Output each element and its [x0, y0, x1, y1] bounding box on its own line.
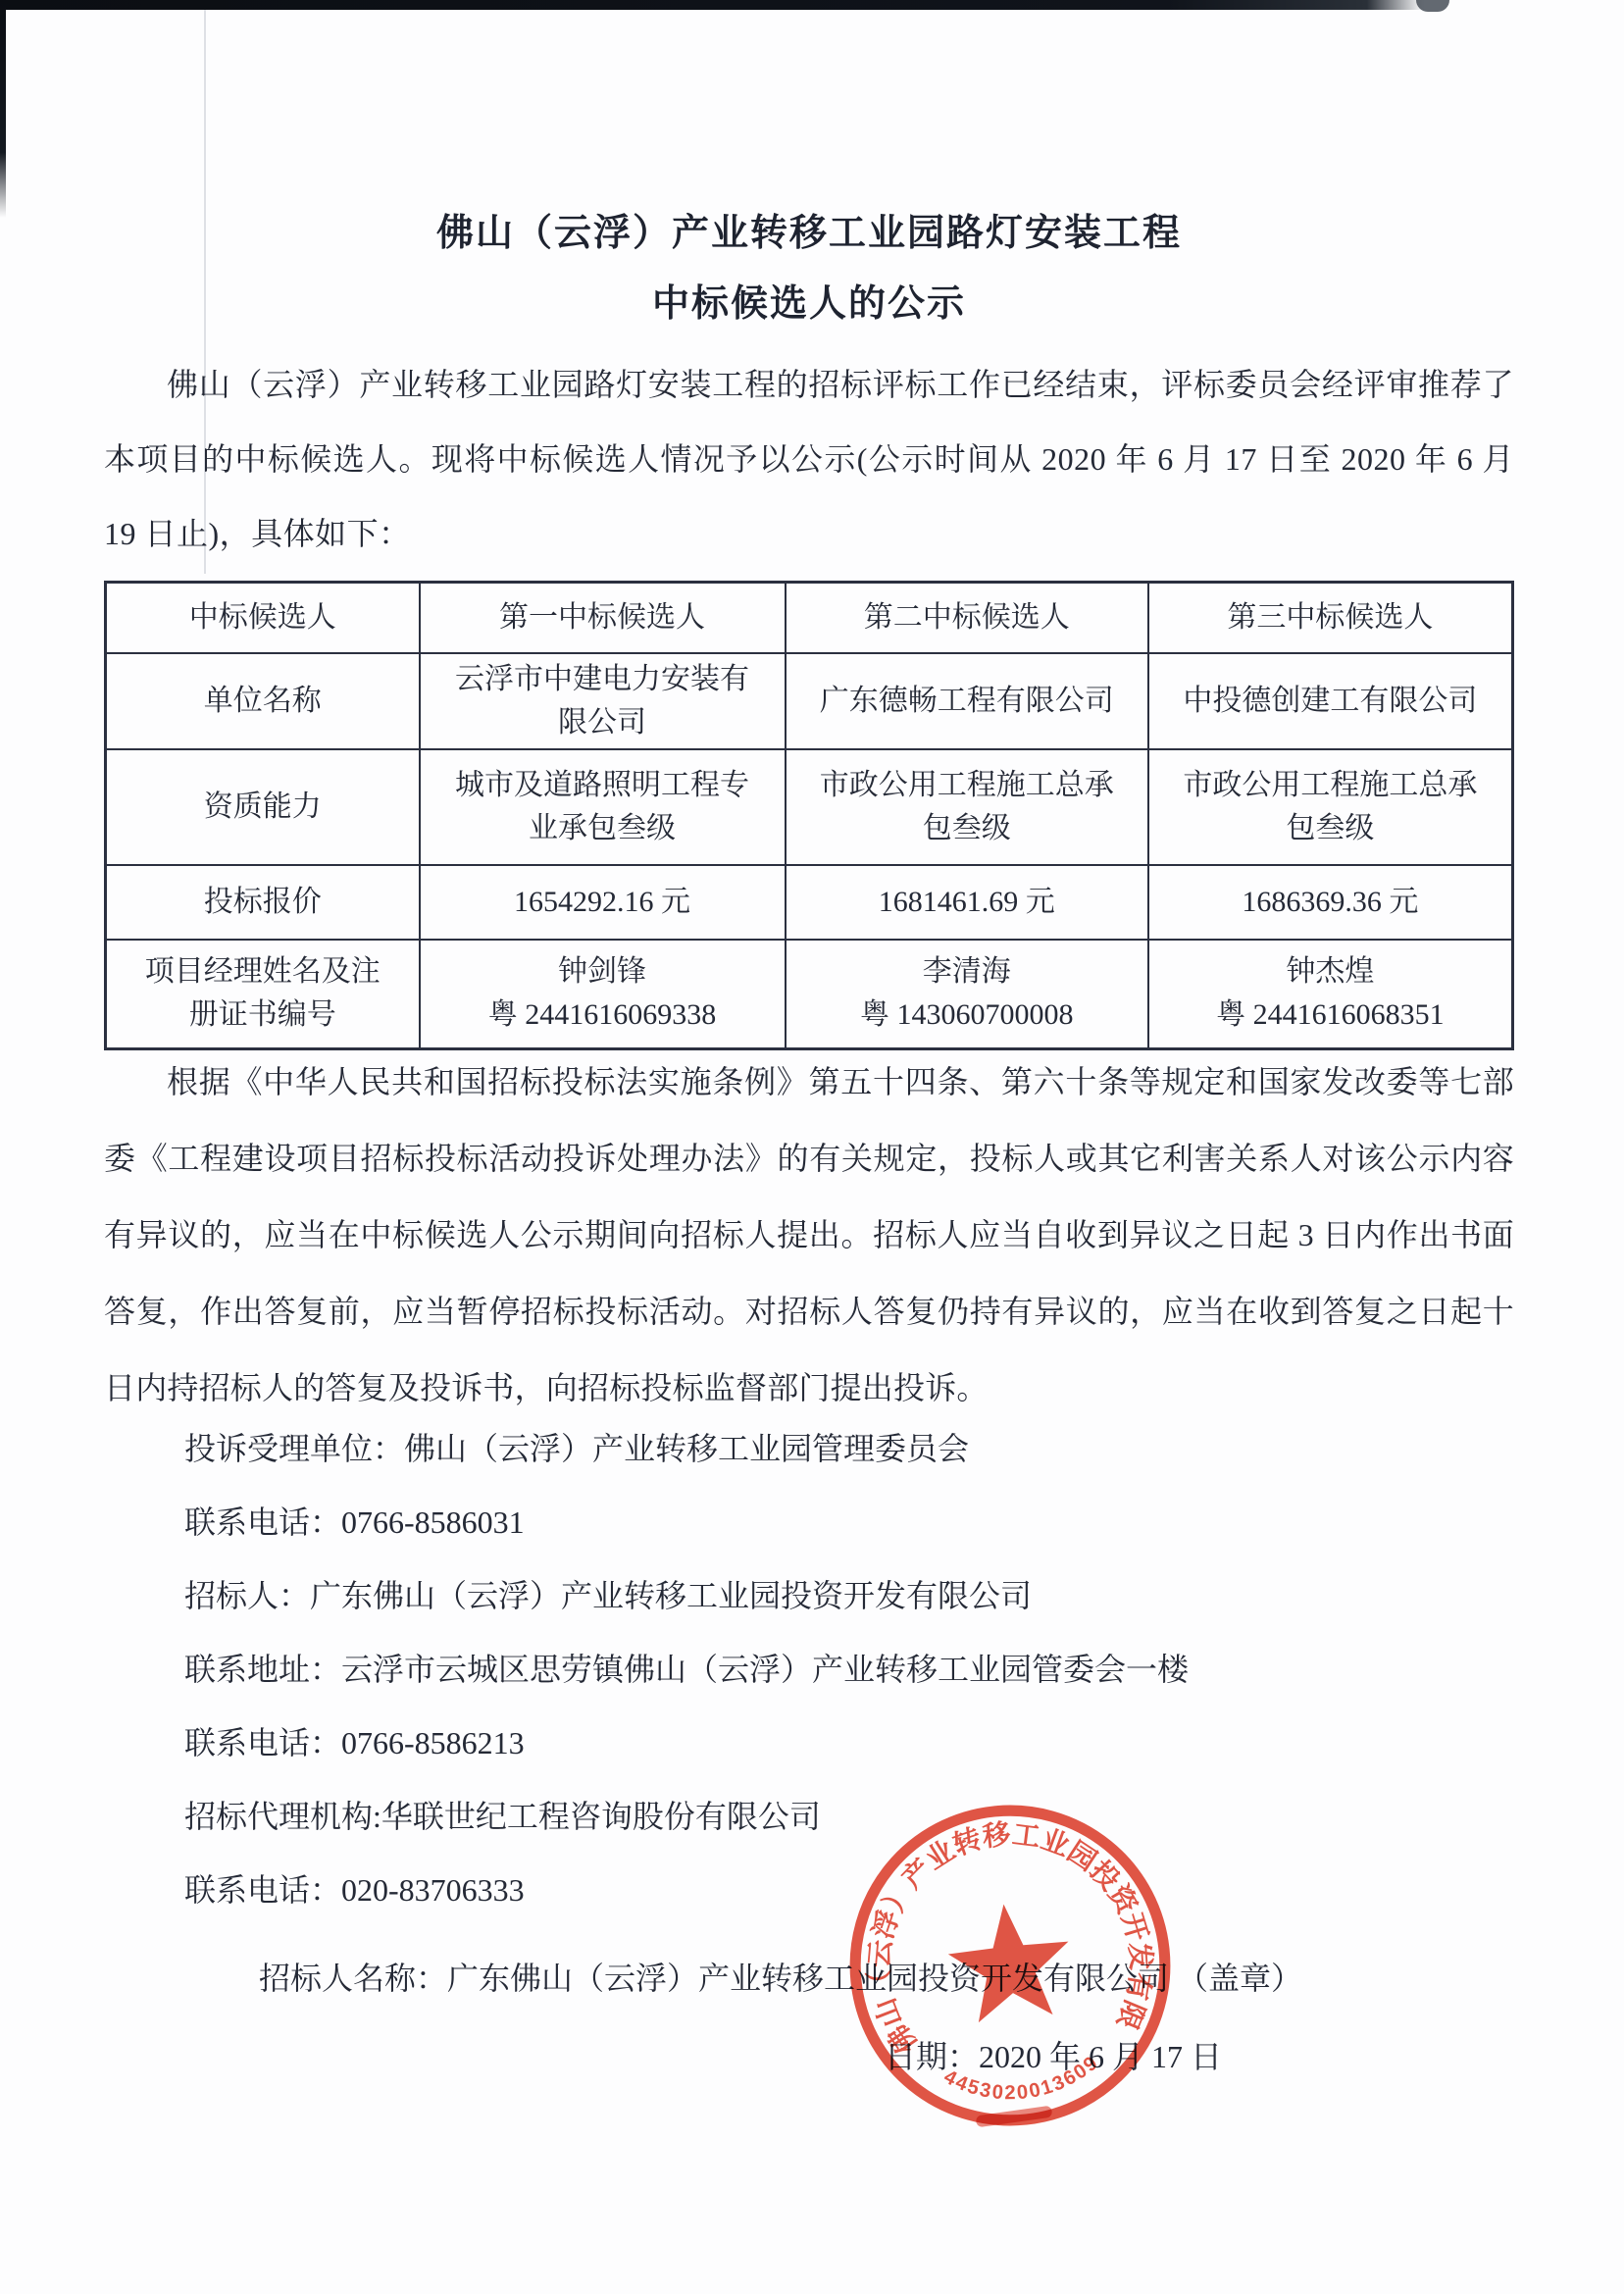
document-title: 佛山（云浮）产业转移工业园路灯安装工程 中标候选人的公示 [104, 210, 1514, 328]
row-label: 投标报价 [106, 865, 420, 940]
header-cell: 第一中标候选人 [420, 583, 786, 653]
manager-name: 钟杰煌 [1175, 950, 1486, 994]
table-header-row: 中标候选人 第一中标候选人 第二中标候选人 第三中标候选人 [106, 583, 1513, 653]
intro-paragraph: 佛山（云浮）产业转移工业园路灯安装工程的招标评标工作已经结束，评标委员会经评审推… [104, 347, 1514, 571]
contact-phone-2: 联系电话：0766-8586213 [184, 1707, 1189, 1780]
document-content: 佛山（云浮）产业转移工业园路灯安装工程 中标候选人的公示 佛山（云浮）产业转移工… [104, 0, 1514, 2294]
table-cell: 钟剑锋 粤 2441616069338 [420, 940, 786, 1049]
table-cell: 1681461.69 元 [786, 865, 1148, 940]
header-cell: 中标候选人 [106, 583, 420, 653]
tenderee-signature-line: 招标人名称：广东佛山（云浮）产业转移工业园投资开发有限公司 （盖章） [259, 1954, 1302, 1999]
table-cell: 1686369.36 元 [1148, 865, 1513, 940]
row-label: 资质能力 [106, 749, 420, 865]
row-label: 项目经理姓名及注册证书编号 [106, 940, 420, 1049]
manager-name: 李清海 [812, 950, 1122, 994]
table-cell: 钟杰煌 粤 2441616068351 [1148, 940, 1513, 1049]
contact-agency: 招标代理机构:华联世纪工程咨询股份有限公司 [184, 1780, 1189, 1854]
table-cell: 1654292.16 元 [420, 865, 786, 940]
table-cell: 李清海 粤 143060700008 [786, 940, 1148, 1049]
manager-cert: 粤 2441616069338 [446, 994, 759, 1037]
scan-edge-artifact-left [0, 0, 6, 218]
bid-candidates-table: 中标候选人 第一中标候选人 第二中标候选人 第三中标候选人 单位名称 云浮市中建… [104, 581, 1514, 1050]
contact-address: 联系地址：云浮市云城区思劳镇佛山（云浮）产业转移工业园管委会一楼 [184, 1633, 1189, 1707]
table-cell: 城市及道路照明工程专业承包叁级 [420, 749, 786, 865]
table-cell: 市政公用工程施工总承包叁级 [1148, 749, 1513, 865]
table-cell: 市政公用工程施工总承包叁级 [786, 749, 1148, 865]
table-row-bid-price: 投标报价 1654292.16 元 1681461.69 元 1686369.3… [106, 865, 1513, 940]
contact-phone-3: 联系电话：020-83706333 [184, 1854, 1189, 1927]
header-cell: 第二中标候选人 [786, 583, 1148, 653]
contact-tenderee: 招标人：广东佛山（云浮）产业转移工业园投资开发有限公司 [184, 1559, 1189, 1633]
manager-cert: 粤 2441616068351 [1175, 994, 1486, 1037]
title-line-1: 佛山（云浮）产业转移工业园路灯安装工程 [104, 210, 1514, 257]
manager-cert: 粤 143060700008 [812, 994, 1122, 1037]
table-cell: 中投德创建工有限公司 [1148, 653, 1513, 749]
contact-phone-1: 联系电话：0766-8586031 [184, 1486, 1189, 1559]
signature-date-line: 日期：2020 年 6 月 17 日 [885, 2032, 1222, 2077]
contact-complaint-unit: 投诉受理单位：佛山（云浮）产业转移工业园管理委员会 [184, 1412, 1189, 1486]
table-row-qualification: 资质能力 城市及道路照明工程专业承包叁级 市政公用工程施工总承包叁级 市政公用工… [106, 749, 1513, 865]
header-cell: 第三中标候选人 [1148, 583, 1513, 653]
title-line-2: 中标候选人的公示 [104, 280, 1514, 328]
manager-name: 钟剑锋 [446, 950, 759, 994]
scanned-notice-page: 佛山（云浮）产业转移工业园路灯安装工程 中标候选人的公示 佛山（云浮）产业转移工… [0, 0, 1624, 2294]
legal-paragraph: 根据《中华人民共和国招标投标法实施条例》第五十四条、第六十条等规定和国家发改委等… [104, 1044, 1514, 1426]
row-label: 单位名称 [106, 653, 420, 749]
contact-block: 投诉受理单位：佛山（云浮）产业转移工业园管理委员会 联系电话：0766-8586… [184, 1412, 1189, 1927]
table-cell: 云浮市中建电力安装有限公司 [420, 653, 786, 749]
table-cell: 广东德畅工程有限公司 [786, 653, 1148, 749]
table-row-project-manager: 项目经理姓名及注册证书编号 钟剑锋 粤 2441616069338 李清海 粤 … [106, 940, 1513, 1049]
table-row-unit-name: 单位名称 云浮市中建电力安装有限公司 广东德畅工程有限公司 中投德创建工有限公司 [106, 653, 1513, 749]
